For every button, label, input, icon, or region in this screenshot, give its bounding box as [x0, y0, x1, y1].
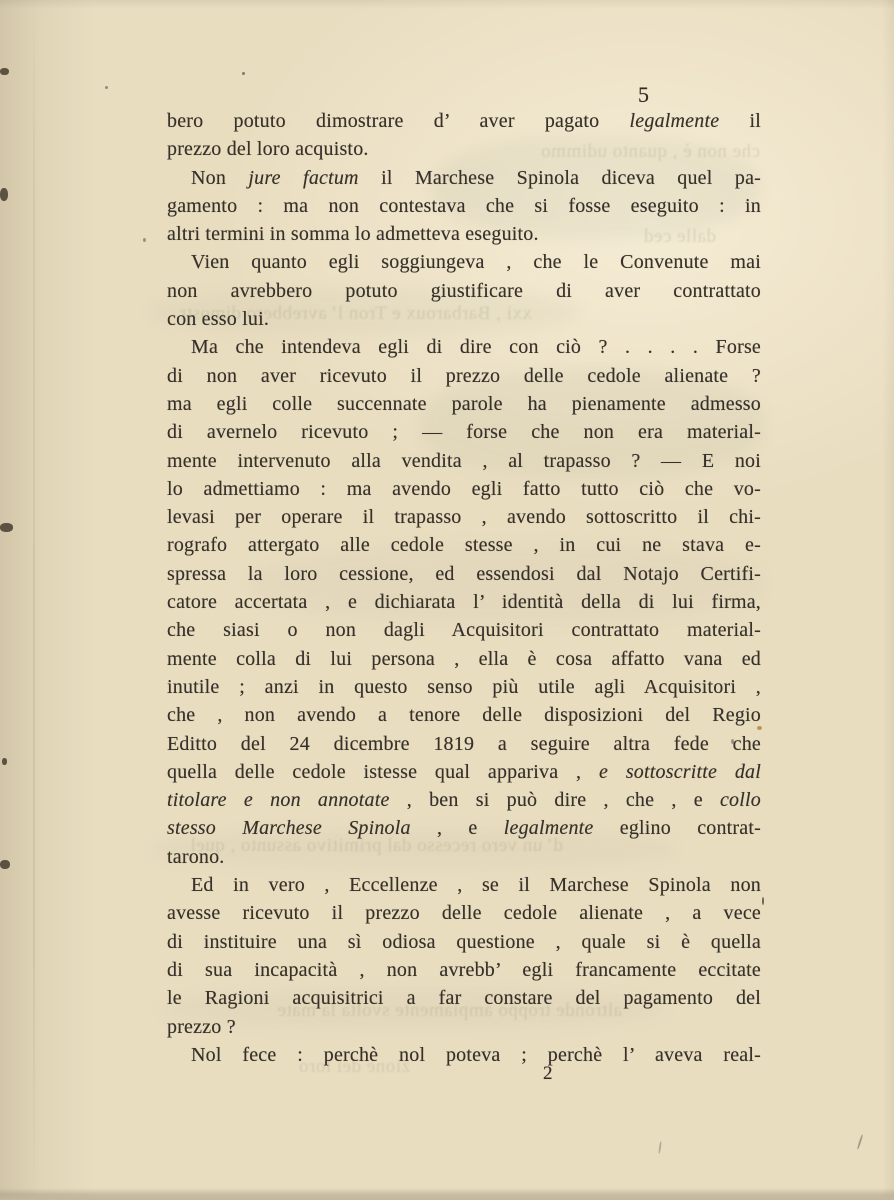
italic-text-segment: stesso Marchese Spinola — [167, 817, 411, 839]
text-segment: rografo attergato alle cedole stesse , i… — [167, 534, 761, 556]
text-segment: Ma che intendeva egli di dire con ciò ? … — [191, 336, 761, 358]
italic-text-segment: legalmente — [504, 817, 594, 839]
text-segment: di non aver ricevuto il prezzo delle ced… — [167, 365, 761, 387]
text-line: altri termini in somma lo admetteva eseg… — [167, 220, 761, 248]
binding-stitch-mark — [2, 758, 7, 765]
text-segment: di instituire una sì odiosa questione , … — [167, 931, 761, 953]
text-segment: spressa la loro cessione, ed essendosi d… — [167, 563, 761, 585]
paper-speck — [242, 72, 245, 75]
text-line: stesso Marchese Spinola , e legalmente e… — [167, 814, 761, 842]
text-line: Non jure factum il Marchese Spinola dice… — [167, 164, 761, 192]
paper-speck — [762, 897, 764, 905]
text-segment: il Marchese Spinola diceva quel pa- — [359, 167, 761, 189]
text-segment: che siasi o non dagli Acquisitori contra… — [167, 619, 761, 641]
paper-speck — [105, 86, 108, 89]
text-line: di instituire una sì odiosa questione , … — [167, 928, 761, 956]
text-segment: quella delle cedole istesse qual appariv… — [167, 761, 599, 783]
binding-stitch-mark — [0, 523, 13, 532]
text-segment: bero potuto dimostrare d’ aver pagato — [167, 110, 630, 132]
text-line: catore accertata , e dichiarata l’ ident… — [167, 588, 761, 616]
text-segment: tarono. — [167, 846, 225, 868]
text-segment: mente colla di lui persona , ella è cosa… — [167, 648, 761, 670]
text-line: spressa la loro cessione, ed essendosi d… — [167, 560, 761, 588]
text-line: prezzo ? — [167, 1013, 761, 1041]
text-line: ma egli colle succennate parole ha piena… — [167, 390, 761, 418]
text-line: Ma che intendeva egli di dire con ciò ? … — [167, 333, 761, 361]
italic-text-segment: collo — [720, 789, 761, 811]
paper-speck — [143, 238, 146, 242]
text-line: di sua incapacità , non avrebb’ egli fra… — [167, 956, 761, 984]
text-segment: Vien quanto egli soggiungeva , che le Co… — [191, 251, 761, 273]
text-line: quella delle cedole istesse qual appariv… — [167, 758, 761, 786]
text-segment: ma egli colle succennate parole ha piena… — [167, 393, 761, 415]
text-segment: prezzo del loro acquisto. — [167, 138, 369, 160]
text-segment: , e — [411, 817, 504, 839]
text-segment: Ed in vero , Eccellenze , se il Marchese… — [191, 874, 761, 896]
text-segment: Non — [191, 167, 248, 189]
text-block: bero potuto dimostrare d’ aver pagato le… — [167, 107, 761, 1069]
binding-stitch-mark — [0, 68, 9, 75]
text-line: Ed in vero , Eccellenze , se il Marchese… — [167, 871, 761, 899]
text-line: lo admettiamo : ma avendo egli fatto tut… — [167, 475, 761, 503]
text-segment: gamento : ma non contestava che si fosse… — [167, 195, 761, 217]
binding-stitch-mark — [0, 860, 10, 869]
text-line: levasi per operare il trapasso , avendo … — [167, 503, 761, 531]
text-line: bero potuto dimostrare d’ aver pagato le… — [167, 107, 761, 135]
text-segment: di avernelo ricevuto ; — forse che non e… — [167, 421, 761, 443]
text-segment: mente intervenuto alla vendita , al trap… — [167, 450, 761, 472]
text-line: inutile ; anzi in questo senso più utile… — [167, 673, 761, 701]
text-line: le Ragioni acquisitrici a far constare d… — [167, 984, 761, 1012]
paper-speck — [731, 739, 734, 744]
text-line: gamento : ma non contestava che si fosse… — [167, 192, 761, 220]
text-line: avesse ricevuto il prezzo delle cedole a… — [167, 899, 761, 927]
text-segment: le Ragioni acquisitrici a far constare d… — [167, 987, 761, 1009]
italic-text-segment: e sottoscritte dal — [599, 761, 761, 783]
italic-text-segment: titolare e non annotate — [167, 789, 390, 811]
text-segment: eglino contrat- — [594, 817, 761, 839]
text-line: prezzo del loro acquisto. — [167, 135, 761, 163]
text-line: Vien quanto egli soggiungeva , che le Co… — [167, 248, 761, 276]
text-line: mente intervenuto alla vendita , al trap… — [167, 447, 761, 475]
text-segment: non avrebbero potuto giustificare di ave… — [167, 280, 761, 302]
text-line: che siasi o non dagli Acquisitori contra… — [167, 616, 761, 644]
text-segment: levasi per operare il trapasso , avendo … — [167, 506, 761, 528]
text-line: titolare e non annotate , ben si può dir… — [167, 786, 761, 814]
italic-text-segment: legalmente — [630, 110, 720, 132]
text-line: rografo attergato alle cedole stesse , i… — [167, 531, 761, 559]
text-segment: di sua incapacità , non avrebb’ egli fra… — [167, 959, 761, 981]
text-line: mente colla di lui persona , ella è cosa… — [167, 645, 761, 673]
book-page: che non è , quanto udimmodalle cedxxi , … — [0, 0, 894, 1200]
text-line: Editto del 24 dicembre 1819 a seguire al… — [167, 730, 761, 758]
text-segment: altri termini in somma lo admetteva eseg… — [167, 223, 539, 245]
text-segment: Editto del 24 dicembre 1819 a seguire al… — [167, 733, 761, 755]
paper-speck — [757, 726, 762, 730]
text-segment: avesse ricevuto il prezzo delle cedole a… — [167, 902, 761, 924]
text-segment: catore accertata , e dichiarata l’ ident… — [167, 591, 761, 613]
text-segment: inutile ; anzi in questo senso più utile… — [167, 676, 761, 698]
text-line: che , non avendo a tenore delle disposiz… — [167, 701, 761, 729]
text-segment: il — [719, 110, 761, 132]
binding-stitch-mark — [0, 188, 8, 201]
text-segment: con esso lui. — [167, 308, 269, 330]
text-segment: che , non avendo a tenore delle disposiz… — [167, 704, 761, 726]
text-segment: Nol fece : perchè nol poteva ; perchè l’… — [191, 1044, 761, 1066]
text-line: tarono. — [167, 843, 761, 871]
italic-text-segment: jure factum — [248, 167, 358, 189]
text-line: con esso lui. — [167, 305, 761, 333]
text-segment: prezzo ? — [167, 1016, 236, 1038]
text-line: Nol fece : perchè nol poteva ; perchè l’… — [167, 1041, 761, 1069]
text-line: di avernelo ricevuto ; — forse che non e… — [167, 418, 761, 446]
text-segment: , ben si può dire , che , e — [390, 789, 720, 811]
text-line: di non aver ricevuto il prezzo delle ced… — [167, 362, 761, 390]
text-segment: lo admettiamo : ma avendo egli fatto tut… — [167, 478, 761, 500]
text-line: non avrebbero potuto giustificare di ave… — [167, 277, 761, 305]
